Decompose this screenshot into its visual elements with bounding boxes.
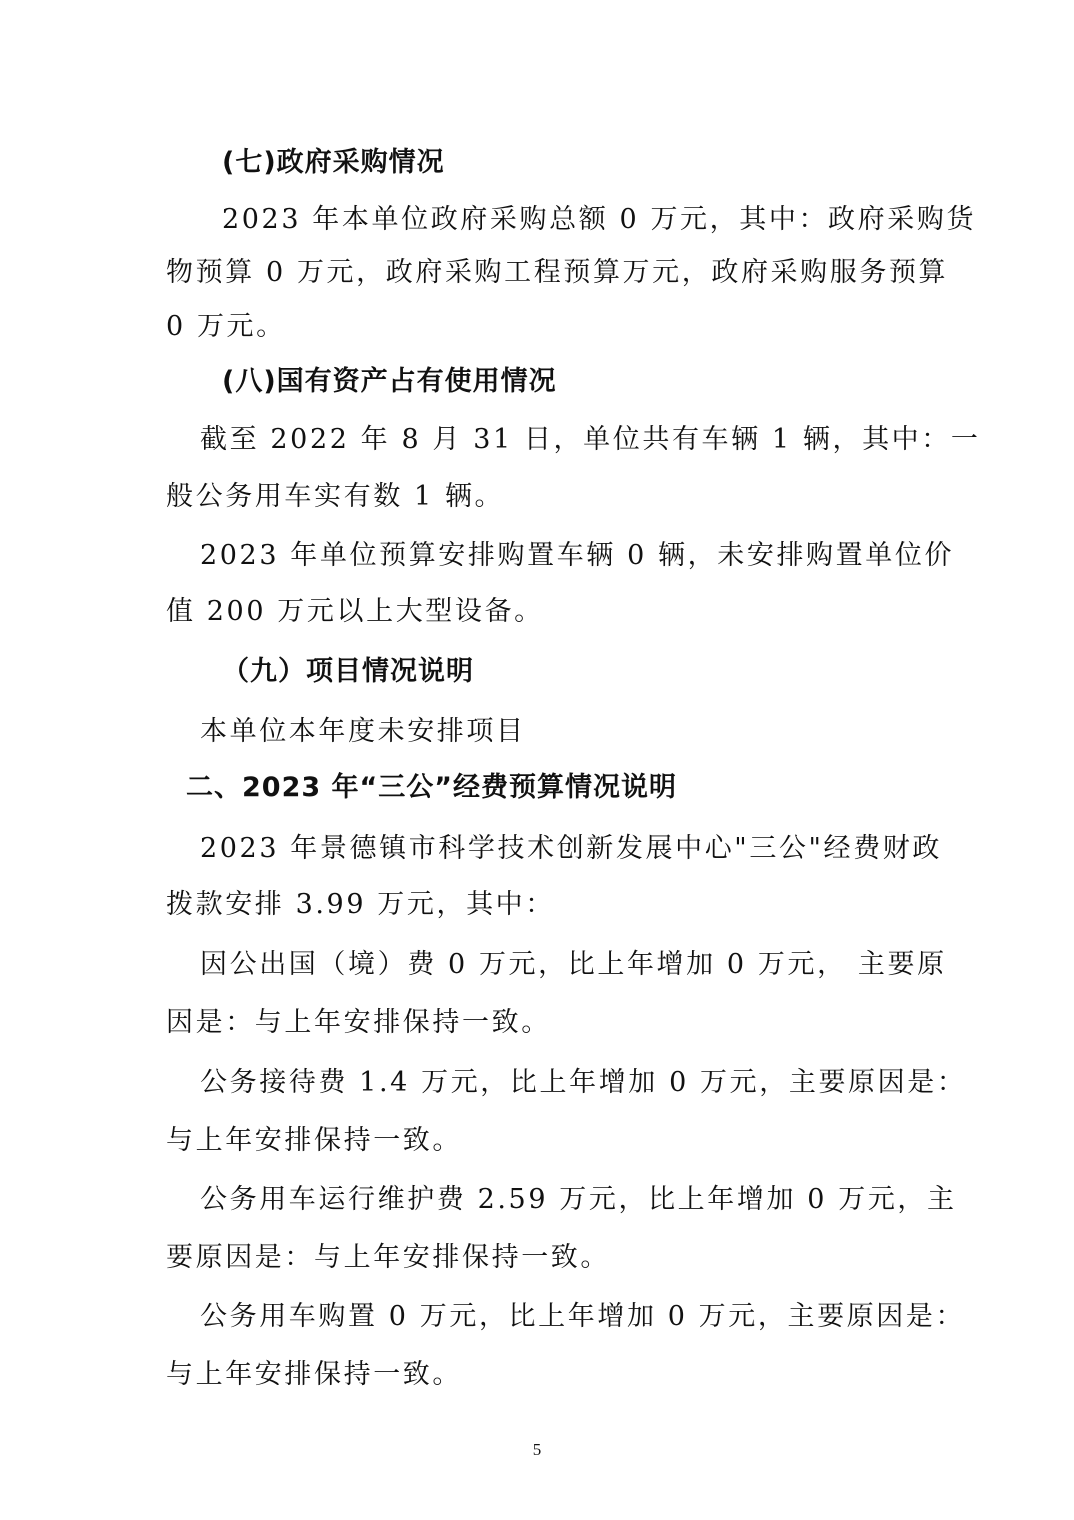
paragraph-line: 物预算 0 万元，政府采购工程预算万元，政府采购服务预算 xyxy=(166,256,948,290)
paragraph-line: 与上年安排保持一致。 xyxy=(166,1124,462,1158)
section-heading: 二、2023 年“三公”经费预算情况说明 xyxy=(186,771,677,805)
paragraph-line: 本单位本年度未安排项目 xyxy=(200,715,526,749)
paragraph-line: 因是：与上年安排保持一致。 xyxy=(166,1006,551,1040)
paragraph-line: 2023 年单位预算安排购置车辆 0 辆，未安排购置单位价 xyxy=(200,539,954,573)
paragraph-line: 2023 年景德镇市科学技术创新发展中心"三公"经费财政 xyxy=(200,832,942,866)
paragraph-line: 公务接待费 1.4 万元，比上年增加 0 万元，主要原因是： xyxy=(200,1066,966,1100)
section-heading: (八)国有资产占有使用情况 xyxy=(222,365,557,399)
paragraph-line: 公务用车购置 0 万元，比上年增加 0 万元，主要原因是： xyxy=(200,1300,965,1334)
section-heading: (七)政府采购情况 xyxy=(222,146,445,180)
page-number: 5 xyxy=(0,1440,1074,1460)
paragraph-line: 0 万元。 xyxy=(166,310,286,344)
paragraph-line: 要原因是：与上年安排保持一致。 xyxy=(166,1241,610,1275)
paragraph-line: 因公出国（境）费 0 万元，比上年增加 0 万元， 主要原 xyxy=(200,948,947,982)
paragraph-line: 拨款安排 3.99 万元，其中： xyxy=(166,888,555,922)
paragraph-line: 公务用车运行维护费 2.59 万元，比上年增加 0 万元，主 xyxy=(200,1183,957,1217)
paragraph-line: 2023 年本单位政府采购总额 0 万元，其中：政府采购货 xyxy=(222,203,976,237)
paragraph-line: 般公务用车实有数 1 辆。 xyxy=(166,480,504,514)
paragraph-line: 与上年安排保持一致。 xyxy=(166,1358,462,1392)
paragraph-line: 值 200 万元以上大型设备。 xyxy=(166,595,544,629)
paragraph-line: 截至 2022 年 8 月 31 日，单位共有车辆 1 辆，其中：一 xyxy=(200,423,981,457)
section-heading: （九）项目情况说明 xyxy=(222,655,474,689)
